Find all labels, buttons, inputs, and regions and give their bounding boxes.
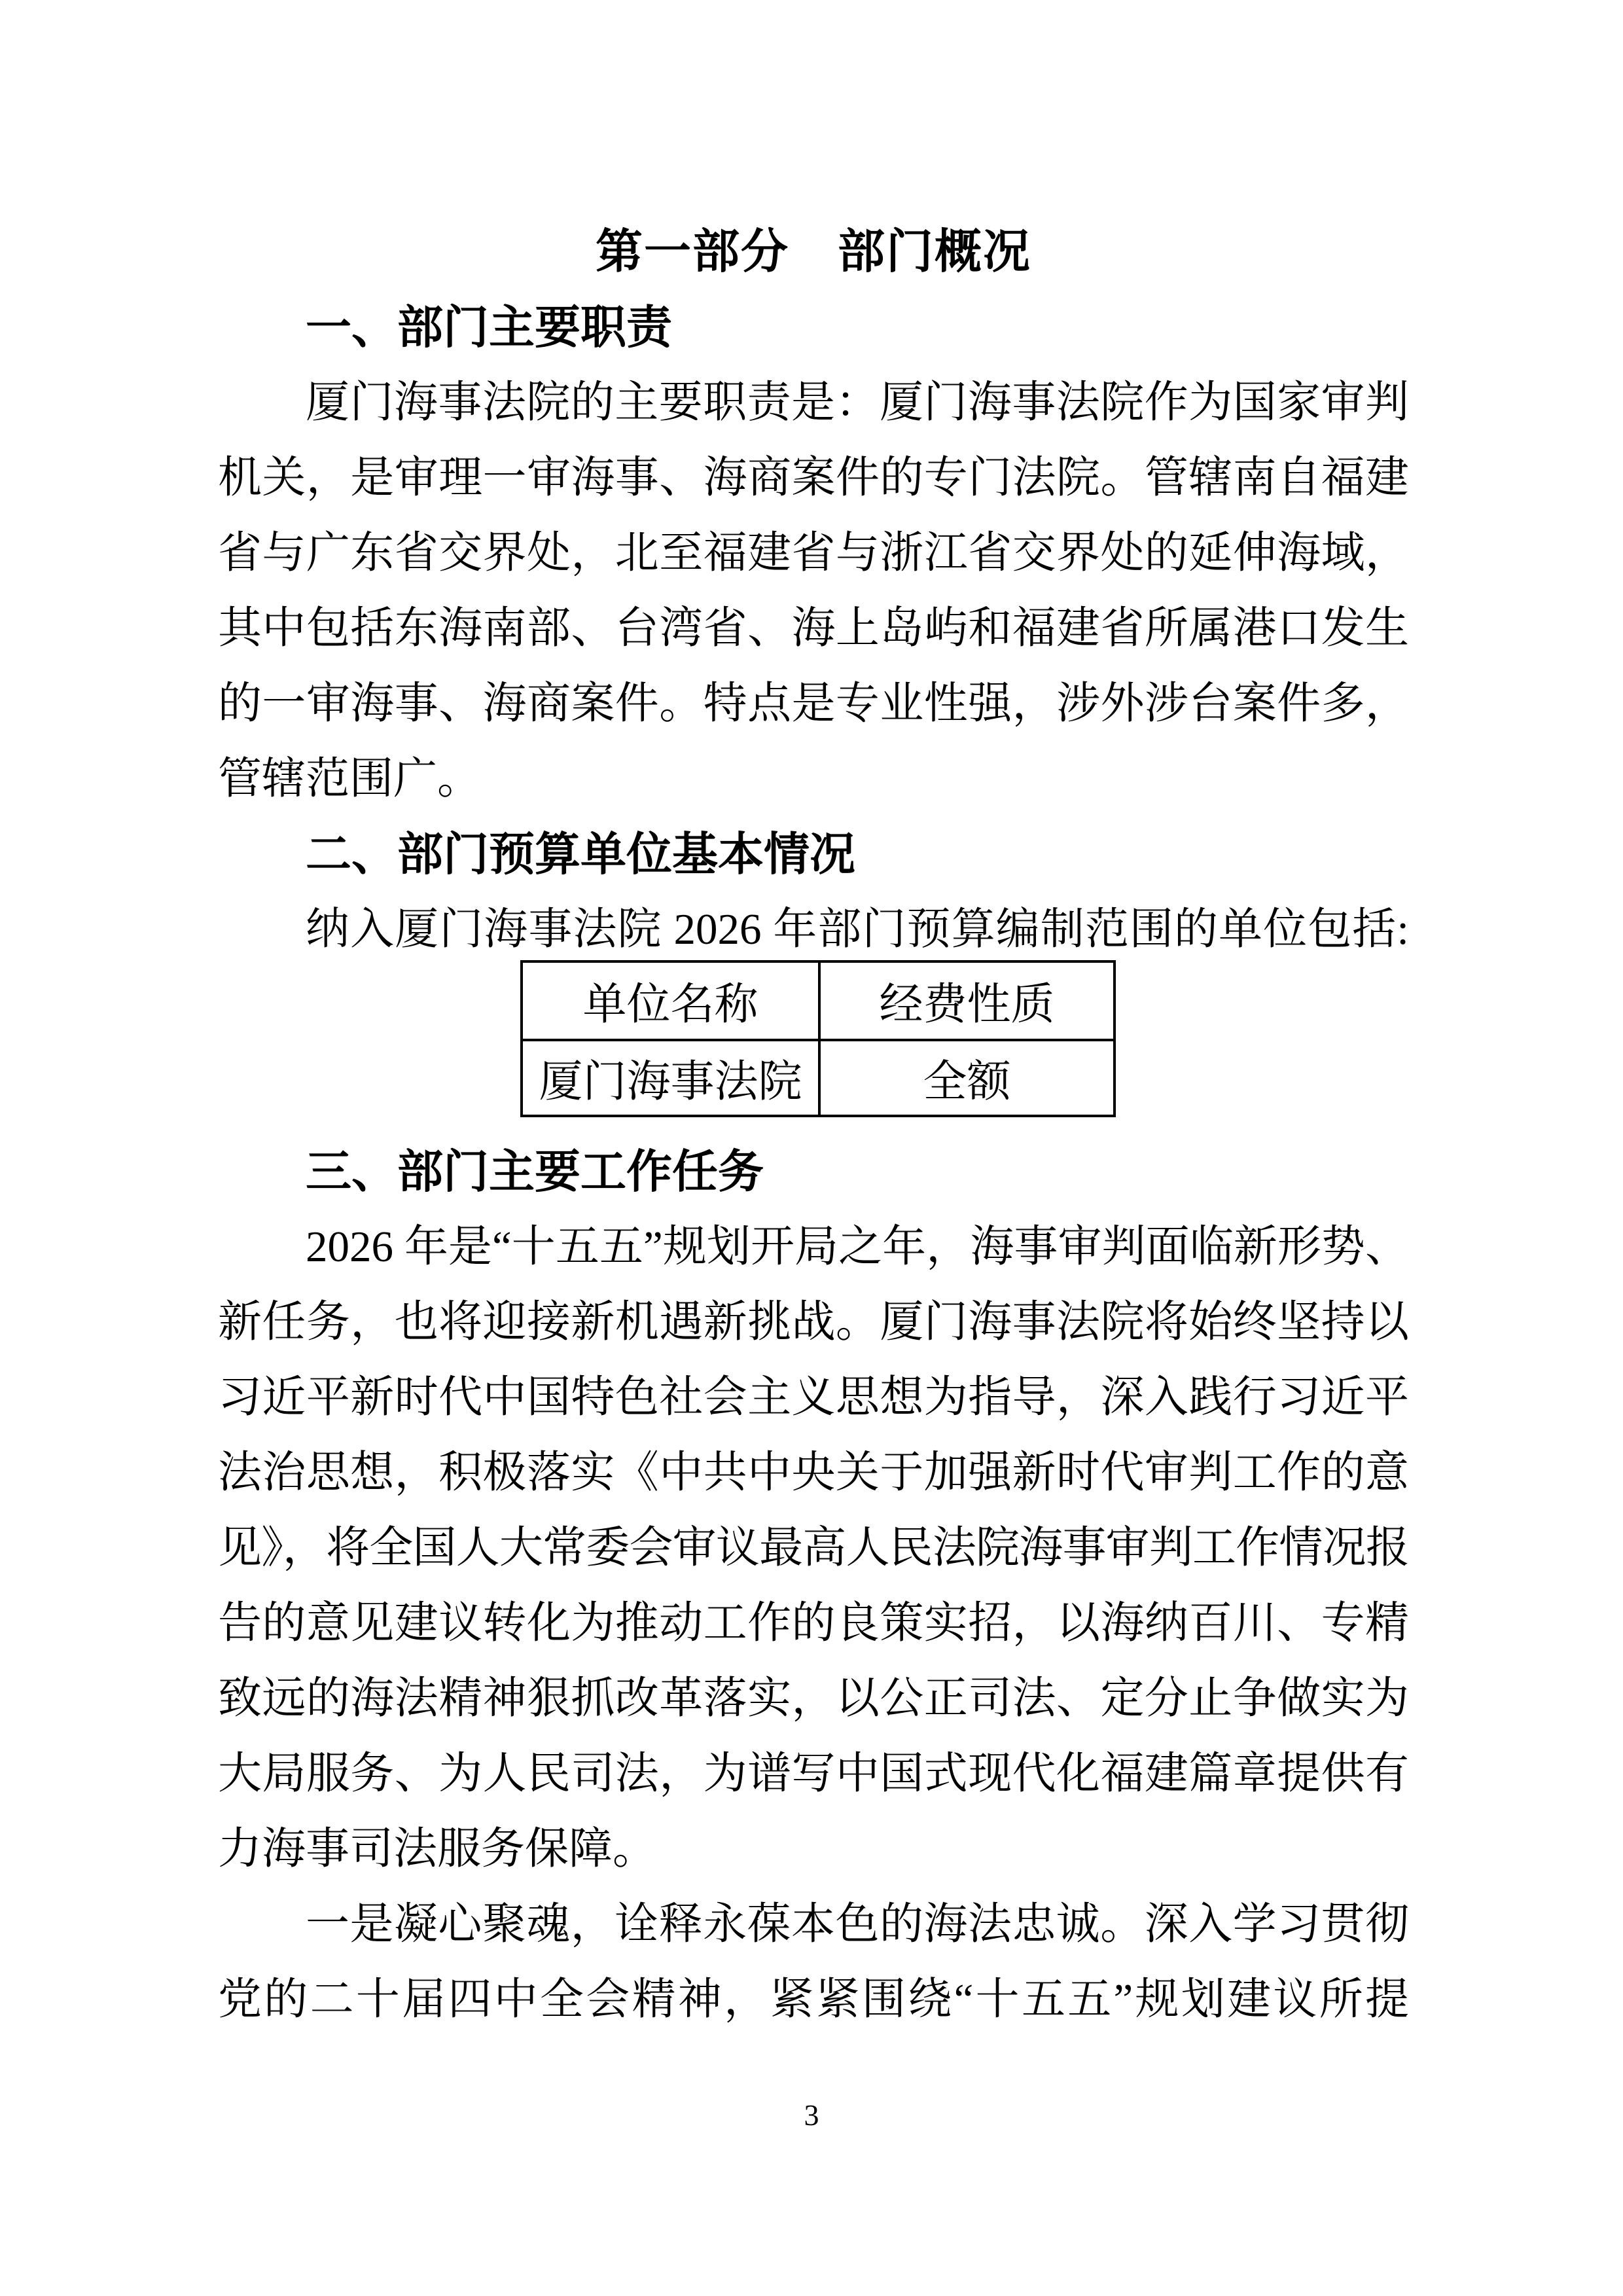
budget-units-table: 单位名称 经费性质 厦门海事法院 全额 [520,960,1116,1117]
paragraph-main-tasks: 2026 年是“十五五”规划开局之年，海事审判面临新形势、新任务，也将迎接新机遇… [218,1210,1409,1887]
text-line: 法治思想，积极落实《中共中央关于加强新时代审判工作的意 [218,1435,1409,1511]
text-line: 省与广东省交界处，北至福建省与浙江省交界处的延伸海域， [218,516,1409,591]
text-line: 机关，是审理一审海事、海商案件的专门法院。管辖南自福建 [218,440,1409,516]
text-line: 一是凝心聚魂，诠释永葆本色的海法忠诚。深入学习贯彻 [218,1887,1409,1962]
text-line: 大局服务、为人民司法，为谱写中国式现代化福建篇章提供有 [218,1736,1409,1812]
page-title: 第一部分 部门概况 [218,215,1409,290]
lower-text-block: 三、部门主要工作任务 2026 年是“十五五”规划开局之年，海事审判面临新形势、… [218,1134,1409,2037]
paragraph-budget-units-intro: 纳入厦门海事法院 2026 年部门预算编制范围的单位包括: [218,892,1409,967]
table-header-funding-type: 经费性质 [818,963,1113,1039]
text-line: 党的二十届四中全会精神，紧紧围绕“十五五”规划建议所提 [218,1962,1409,2037]
document-page: 第一部分 部门概况 一、部门主要职责 厦门海事法院的主要职责是：厦门海事法院作为… [0,0,1623,2296]
text-line: 厦门海事法院的主要职责是：厦门海事法院作为国家审判 [218,365,1409,440]
text-line: 2026 年是“十五五”规划开局之年，海事审判面临新形势、 [218,1210,1409,1285]
text-line: 告的意见建议转化为推动工作的良策实招，以海纳百川、专精 [218,1586,1409,1661]
paragraph-duties: 厦门海事法院的主要职责是：厦门海事法院作为国家审判机关，是审理一审海事、海商案件… [218,365,1409,817]
page-number: 3 [0,2098,1623,2133]
text-line: 力海事司法服务保障。 [218,1812,1409,1887]
table-cell-funding-type: 全额 [818,1039,1113,1115]
text-line: 见》，将全国人大常委会审议最高人民法院海事审判工作情况报 [218,1511,1409,1586]
table-cell-unit-name: 厦门海事法院 [523,1039,818,1115]
table-header-unit-name: 单位名称 [523,963,818,1039]
paragraph-task-one: 一是凝心聚魂，诠释永葆本色的海法忠诚。深入学习贯彻党的二十届四中全会精神，紧紧围… [218,1887,1409,2037]
text-line: 习近平新时代中国特色社会主义思想为指导，深入践行习近平 [218,1360,1409,1435]
text-line: 其中包括东海南部、台湾省、海上岛屿和福建省所属港口发生 [218,591,1409,666]
text-line: 纳入厦门海事法院 2026 年部门预算编制范围的单位包括: [218,892,1409,967]
section-heading-budget-units: 二、部门预算单位基本情况 [218,817,1409,892]
text-line: 的一审海事、海商案件。特点是专业性强，涉外涉台案件多， [218,666,1409,742]
section-heading-main-tasks: 三、部门主要工作任务 [218,1134,1409,1210]
text-line: 新任务，也将迎接新机遇新挑战。厦门海事法院将始终坚持以 [218,1285,1409,1360]
section-heading-duties: 一、部门主要职责 [218,290,1409,365]
text-line: 管辖范围广。 [218,742,1409,817]
text-line: 致远的海法精神狠抓改革落实，以公正司法、定分止争做实为 [218,1661,1409,1736]
upper-text-block: 第一部分 部门概况 一、部门主要职责 厦门海事法院的主要职责是：厦门海事法院作为… [218,215,1409,967]
